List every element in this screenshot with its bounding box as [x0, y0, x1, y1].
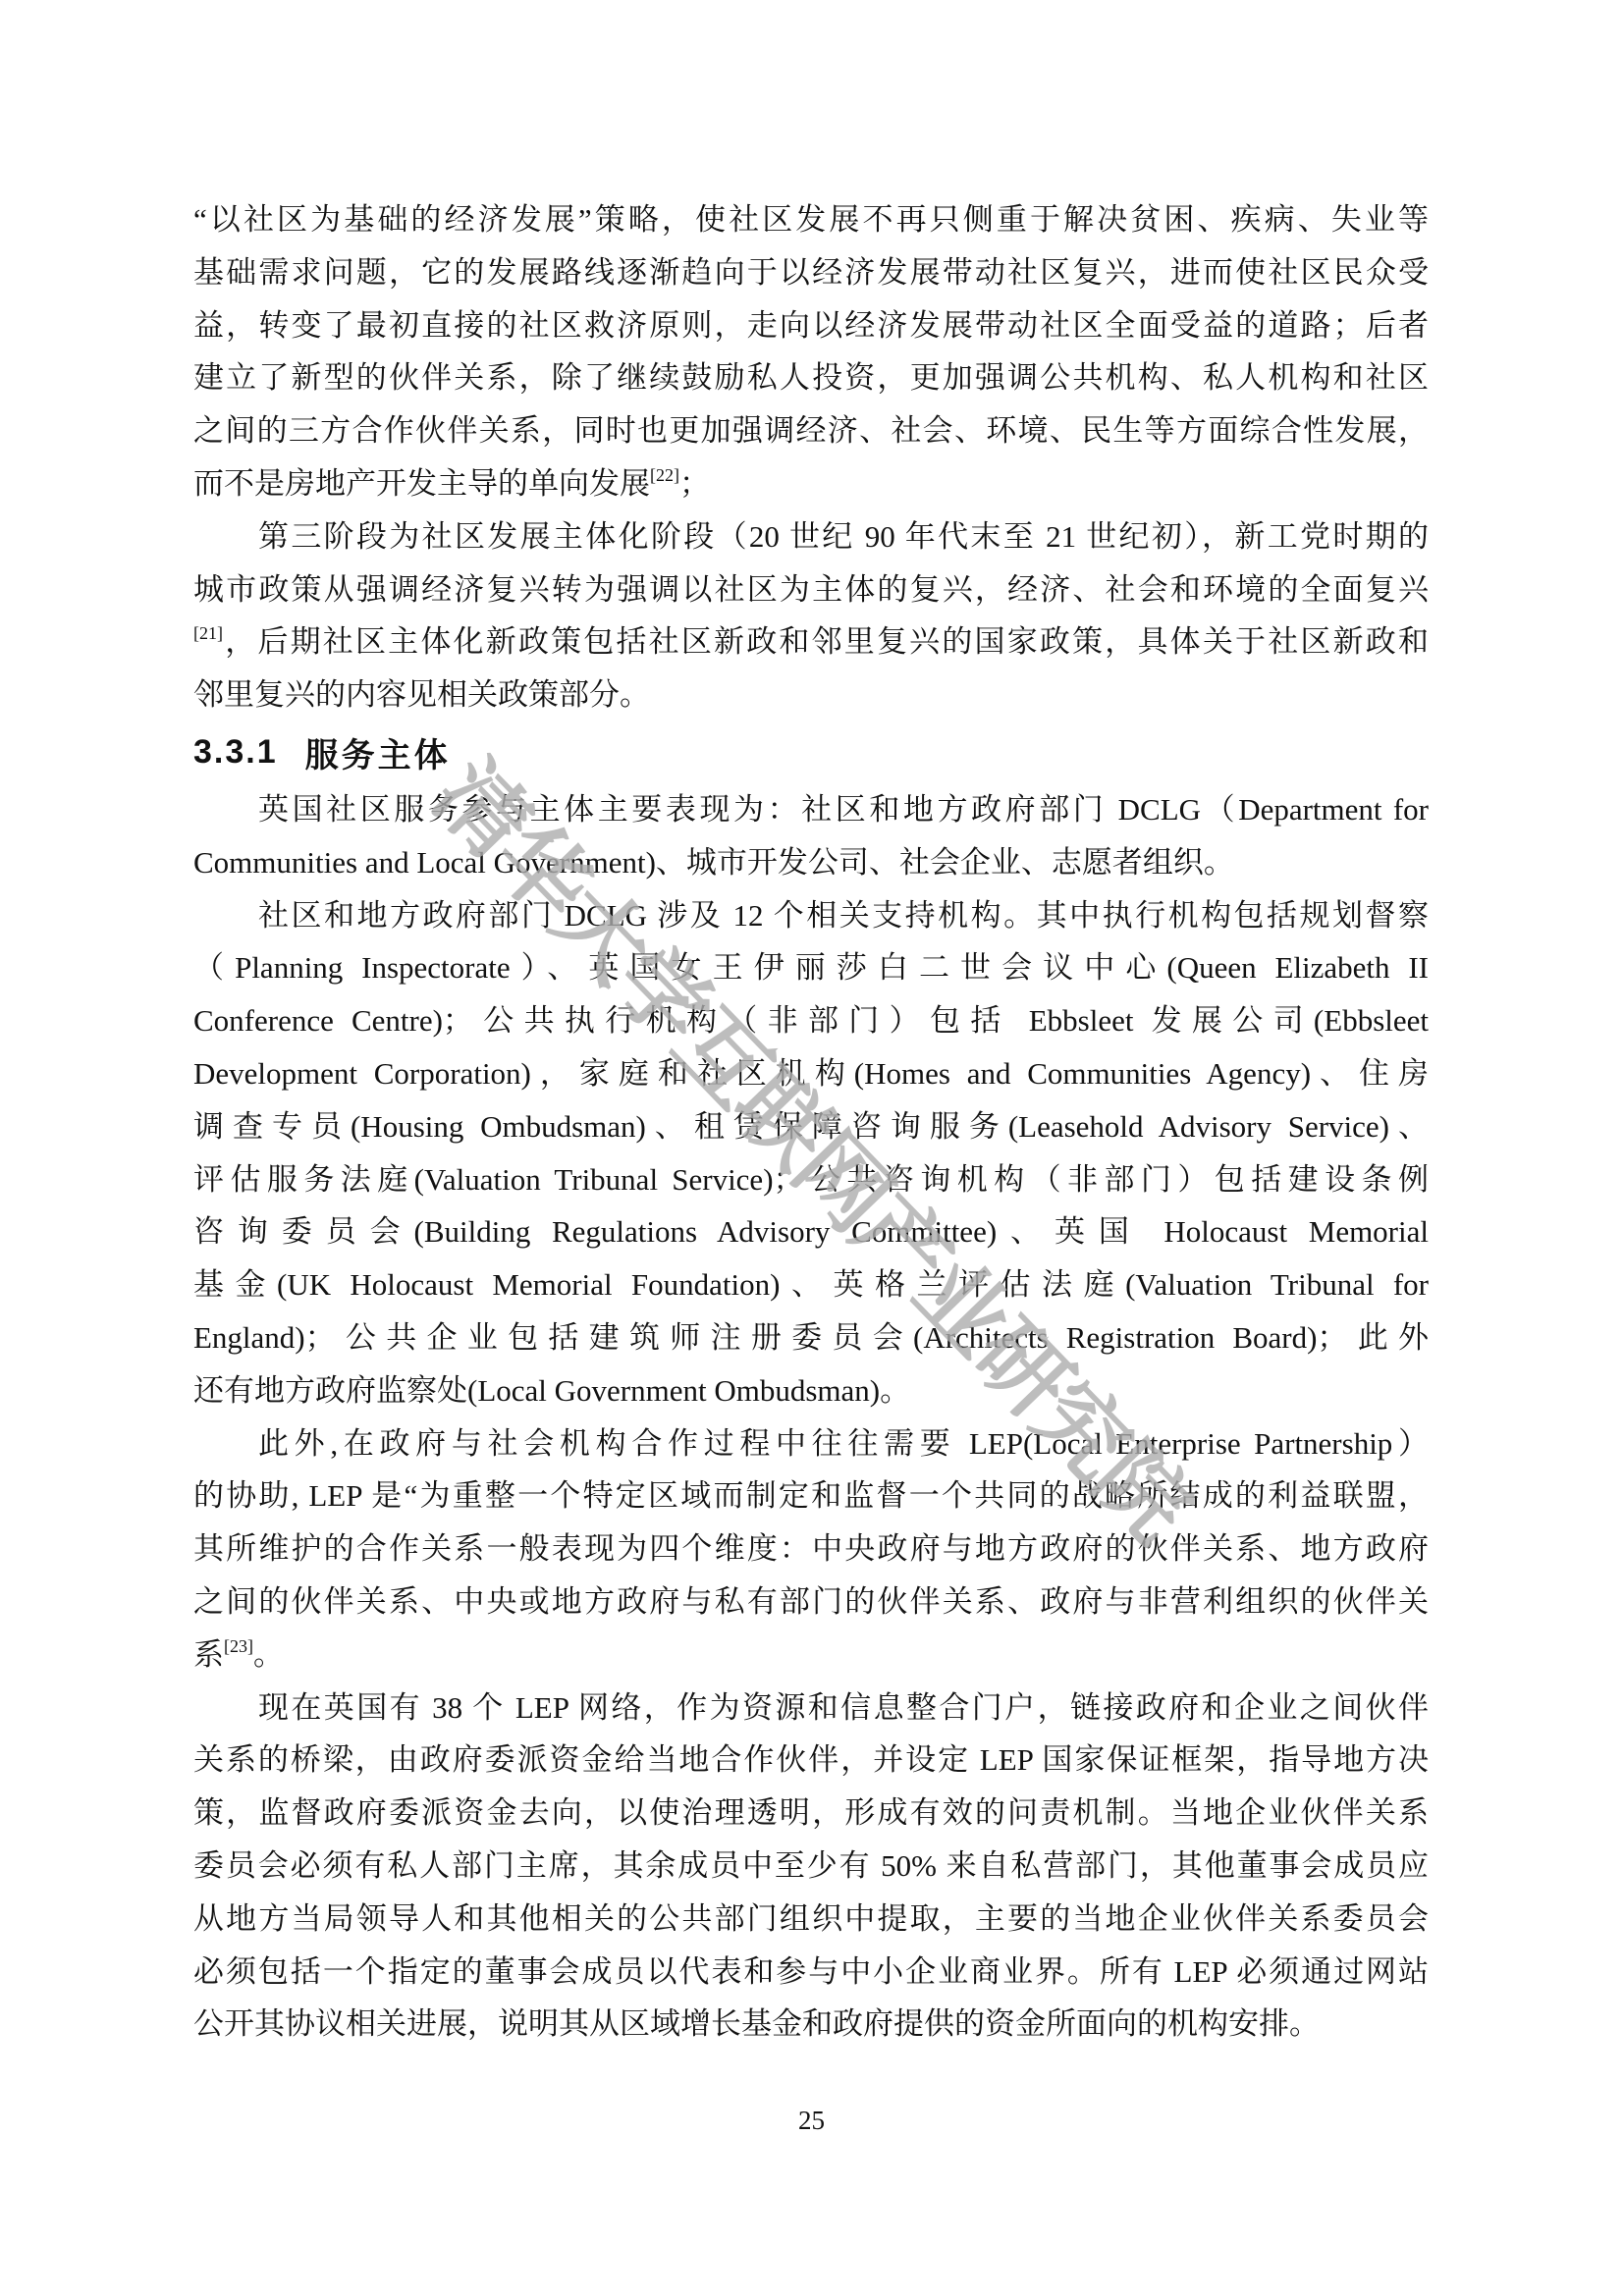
text-line: 城市政策从强调经济复兴转为强调以社区为主体的复兴，经济、社会和环境的全面复兴 [193, 563, 1429, 616]
text-line: 基础需求问题，它的发展路线逐渐趋向于以经济发展带动社区复兴，进而使社区民众受 [193, 246, 1429, 299]
section-heading: 3.3.1服务主体 [193, 721, 1429, 783]
text-line: 益，转变了最初直接的社区救济原则，走向以经济发展带动社区全面受益的道路；后者 [193, 299, 1429, 352]
paragraph: 现在英国有 38 个 LEP 网络，作为资源和信息整合门户，链接政府和企业之间伙… [193, 1682, 1429, 2052]
paragraph: 第三阶段为社区发展主体化阶段（20 世纪 90 年代末至 21 世纪初），新工党… [193, 510, 1429, 721]
footnote-ref: [22] [650, 465, 679, 485]
text-line: 此外,在政府与社会机构合作过程中往往需要 LEP(Local Enterpris… [193, 1417, 1429, 1470]
document-page: 清华大学互联网产业研究院 “以社区为基础的经济发展”策略，使社区发展不再只侧重于… [0, 0, 1623, 2296]
text-line: 评估服务法庭(Valuation Tribunal Service)；公共咨询机… [193, 1153, 1429, 1206]
paragraph: “以社区为基础的经济发展”策略，使社区发展不再只侧重于解决贫困、疾病、失业等基础… [193, 193, 1429, 510]
text-line: 之间的三方合作伙伴关系，同时也更加强调经济、社会、环境、民生等方面综合性发展， [193, 404, 1429, 457]
text-line: 必须包括一个指定的董事会成员以代表和参与中小企业商业界。所有 LEP 必须通过网… [193, 1946, 1429, 1999]
text-line: 现在英国有 38 个 LEP 网络，作为资源和信息整合门户，链接政府和企业之间伙… [193, 1682, 1429, 1735]
text-line: 基金(UK Holocaust Memorial Foundation)、英格兰… [193, 1258, 1429, 1311]
text-line: 社区和地方政府部门 DCLG 涉及 12 个相关支持机构。其中执行机构包括规划督… [193, 889, 1429, 942]
text-line: 英国社区服务参与主体主要表现为：社区和地方政府部门 DCLG（Departmen… [193, 783, 1429, 836]
footnote-ref: [21] [193, 623, 223, 643]
text-line: 的协助, LEP 是“为重整一个特定区域而制定和监督一个共同的战略所结成的利益联… [193, 1469, 1429, 1522]
text-line: 调查专员(Housing Ombudsman)、租赁保障咨询服务(Leaseho… [193, 1100, 1429, 1153]
text-line: [21]，后期社区主体化新政策包括社区新政和邻里复兴的国家政策，具体关于社区新政… [193, 615, 1429, 668]
text-line: 公开其协议相关进展，说明其从区域增长基金和政府提供的资金所面向的机构安排。 [193, 1998, 1429, 2051]
text-line: 建立了新型的伙伴关系，除了继续鼓励私人投资，更加强调公共机构、私人机构和社区 [193, 351, 1429, 404]
text-line: 之间的伙伴关系、中央或地方政府与私有部门的伙伴关系、政府与非营利组织的伙伴关 [193, 1575, 1429, 1629]
text-line: 还有地方政府监察处(Local Government Ombudsman)。 [193, 1364, 1429, 1417]
text-line: Conference Centre)；公共执行机构（非部门）包括 Ebbslee… [193, 994, 1429, 1047]
section-title: 服务主体 [305, 728, 451, 776]
text-line: 第三阶段为社区发展主体化阶段（20 世纪 90 年代末至 21 世纪初），新工党… [193, 510, 1429, 563]
page-number: 25 [0, 2104, 1623, 2137]
text-line: 咨询委员会(Building Regulations Advisory Comm… [193, 1205, 1429, 1258]
text-line: 而不是房地产开发主导的单向发展[22]； [193, 457, 1429, 510]
paragraph: 此外,在政府与社会机构合作过程中往往需要 LEP(Local Enterpris… [193, 1417, 1429, 1682]
text-line: （Planning Inspectorate）、英国女王伊丽莎白二世会议中心(Q… [193, 941, 1429, 994]
text-line: 关系的桥梁，由政府委派资金给当地合作伙伴，并设定 LEP 国家保证框架，指导地方… [193, 1734, 1429, 1787]
text-line: England)；公共企业包括建筑师注册委员会(Architects Regis… [193, 1311, 1429, 1364]
text-line: “以社区为基础的经济发展”策略，使社区发展不再只侧重于解决贫困、疾病、失业等 [193, 193, 1429, 246]
section-number: 3.3.1 [193, 733, 278, 772]
paragraph: 社区和地方政府部门 DCLG 涉及 12 个相关支持机构。其中执行机构包括规划督… [193, 889, 1429, 1417]
text-line: Communities and Local Government)、城市开发公司… [193, 836, 1429, 889]
text-line: 策，监督政府委派资金去向，以使治理透明，形成有效的问责机制。当地企业伙伴关系 [193, 1787, 1429, 1840]
footnote-ref: [23] [224, 1636, 253, 1656]
text-line: 从地方当局领导人和其他相关的公共部门组织中提取，主要的当地企业伙伴关系委员会 [193, 1893, 1429, 1946]
text-line: 邻里复兴的内容见相关政策部分。 [193, 668, 1429, 721]
text-line: Development Corporation)，家庭和社区机构(Homes a… [193, 1047, 1429, 1100]
document-body: “以社区为基础的经济发展”策略，使社区发展不再只侧重于解决贫困、疾病、失业等基础… [193, 193, 1429, 2051]
text-line: 委员会必须有私人部门主席，其余成员中至少有 50% 来自私营部门，其他董事会成员… [193, 1840, 1429, 1893]
text-line: 其所维护的合作关系一般表现为四个维度：中央政府与地方政府的伙伴关系、地方政府 [193, 1522, 1429, 1575]
paragraph: 英国社区服务参与主体主要表现为：社区和地方政府部门 DCLG（Departmen… [193, 783, 1429, 889]
text-line: 系[23]。 [193, 1629, 1429, 1682]
